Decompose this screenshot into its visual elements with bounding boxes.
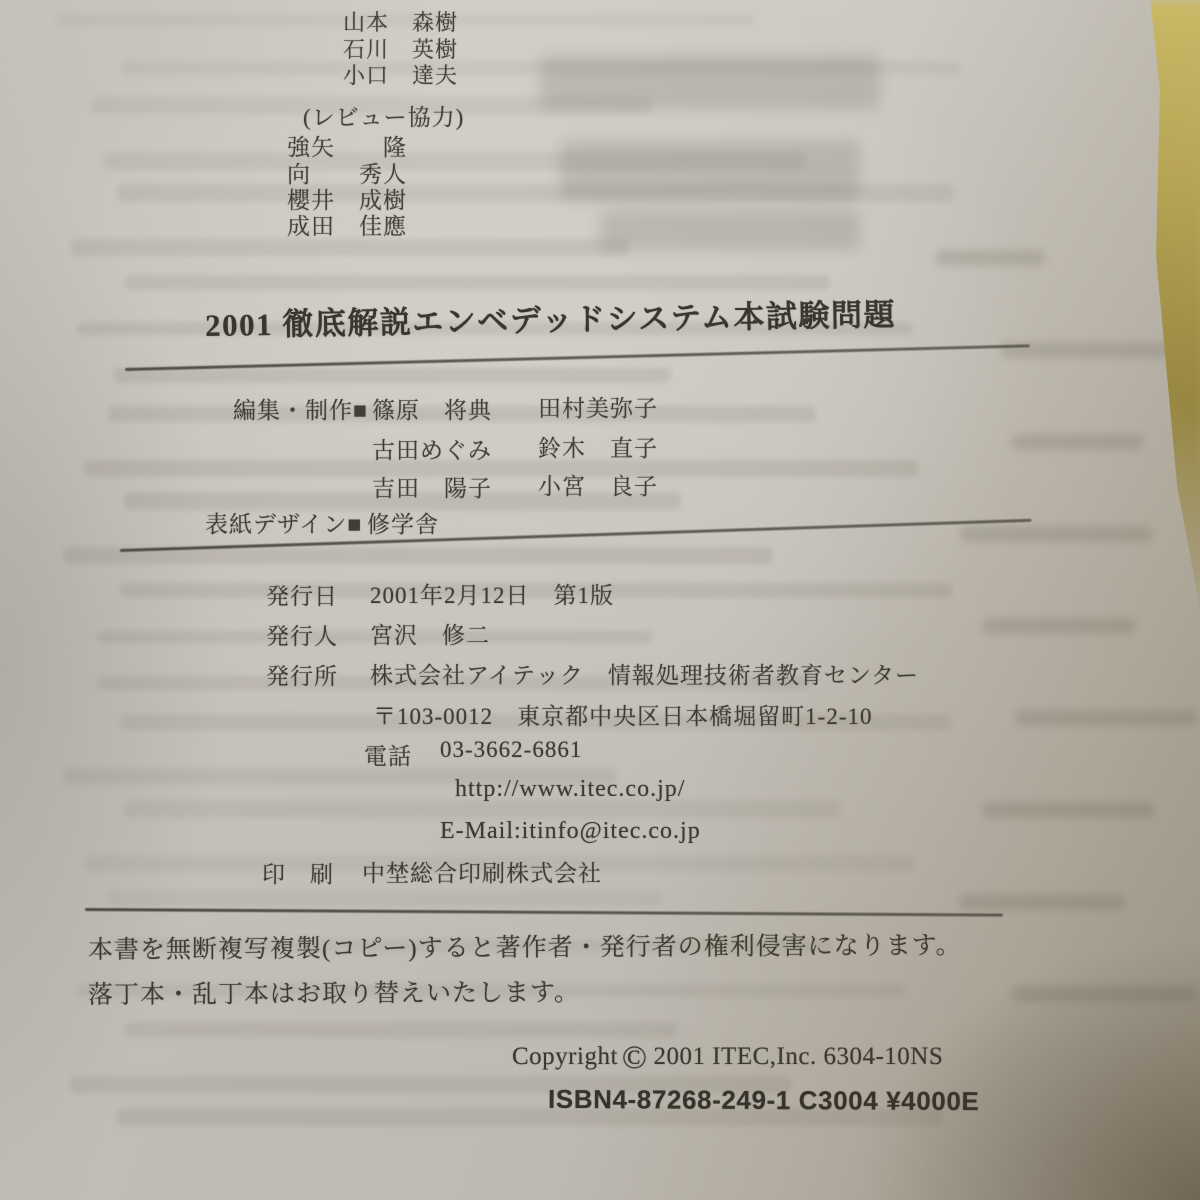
editor-name: 小宮 良子: [538, 468, 658, 501]
publisher-email: E-Mail:itinfo@itec.co.jp: [440, 818, 701, 845]
replacement-notice: 落丁本・乱丁本はお取り替えいたします。: [88, 972, 580, 1011]
edit-credit-label: 編集・制作■: [233, 392, 368, 425]
book-title: 2001 徹底解説エンベデッドシステム本試験問題: [205, 289, 897, 345]
copyright-rest: 2001 ITEC,Inc. 6304-10NS: [653, 1043, 943, 1070]
divider-rule: [85, 908, 1003, 917]
pub-label: 発行人: [266, 618, 338, 651]
editor-name: 古田めぐみ: [372, 432, 492, 465]
copyright-word: Copyright: [512, 1043, 618, 1070]
publisher-url: http://www.itec.co.jp/: [455, 776, 685, 803]
pub-label: 発行日: [266, 578, 338, 611]
copyright-warning: 本書を無断複写複製(コピー)すると著作者・発行者の権利侵害になります。: [88, 925, 962, 966]
pub-value: 〒103-0012 東京都中央区日本橋堀留町1-2-10: [373, 698, 872, 731]
pub-value: 宮沢 修二: [370, 617, 490, 650]
editor-name: 鈴木 直子: [538, 430, 658, 463]
pub-value: 2001年2月12日 第1版: [370, 577, 614, 610]
review-heading: (レビュー協力): [303, 99, 464, 132]
editor-name: 篠原 将典: [372, 392, 492, 425]
editor-name: 吉田 陽子: [372, 470, 492, 503]
copyright-line: Copyright©2001 ITEC,Inc. 6304-10NS: [512, 1040, 943, 1077]
pub-value: 株式会社アイテック 情報処理技術者教育センター: [370, 657, 919, 690]
copyright-symbol: ©: [618, 1040, 654, 1076]
contributor-name: 小口 達夫: [343, 59, 458, 90]
pub-value: 03-3662-6861: [440, 737, 582, 763]
editor-name: 田村美弥子: [538, 390, 658, 423]
cover-design-label: 表紙デザイン■: [205, 506, 362, 539]
pub-label: 発行所: [266, 658, 338, 691]
pub-label: 印 刷: [262, 856, 334, 889]
divider-rule: [125, 344, 1030, 371]
reviewer-name: 成田 佳應: [287, 208, 407, 241]
pub-value: 中埜総合印刷株式会社: [362, 855, 602, 888]
book-colophon-page: 山本 森樹 石川 英樹 小口 達夫 (レビュー協力) 強矢 隆 向 秀人 櫻井 …: [0, 0, 1200, 1200]
cover-design-name: 修学舎: [367, 506, 439, 539]
adjacent-page-edge: [1110, 0, 1200, 640]
isbn-line: ISBN4-87268-249-1 C3004 ¥4000E: [548, 1084, 980, 1117]
pub-label: 電話: [364, 738, 412, 771]
